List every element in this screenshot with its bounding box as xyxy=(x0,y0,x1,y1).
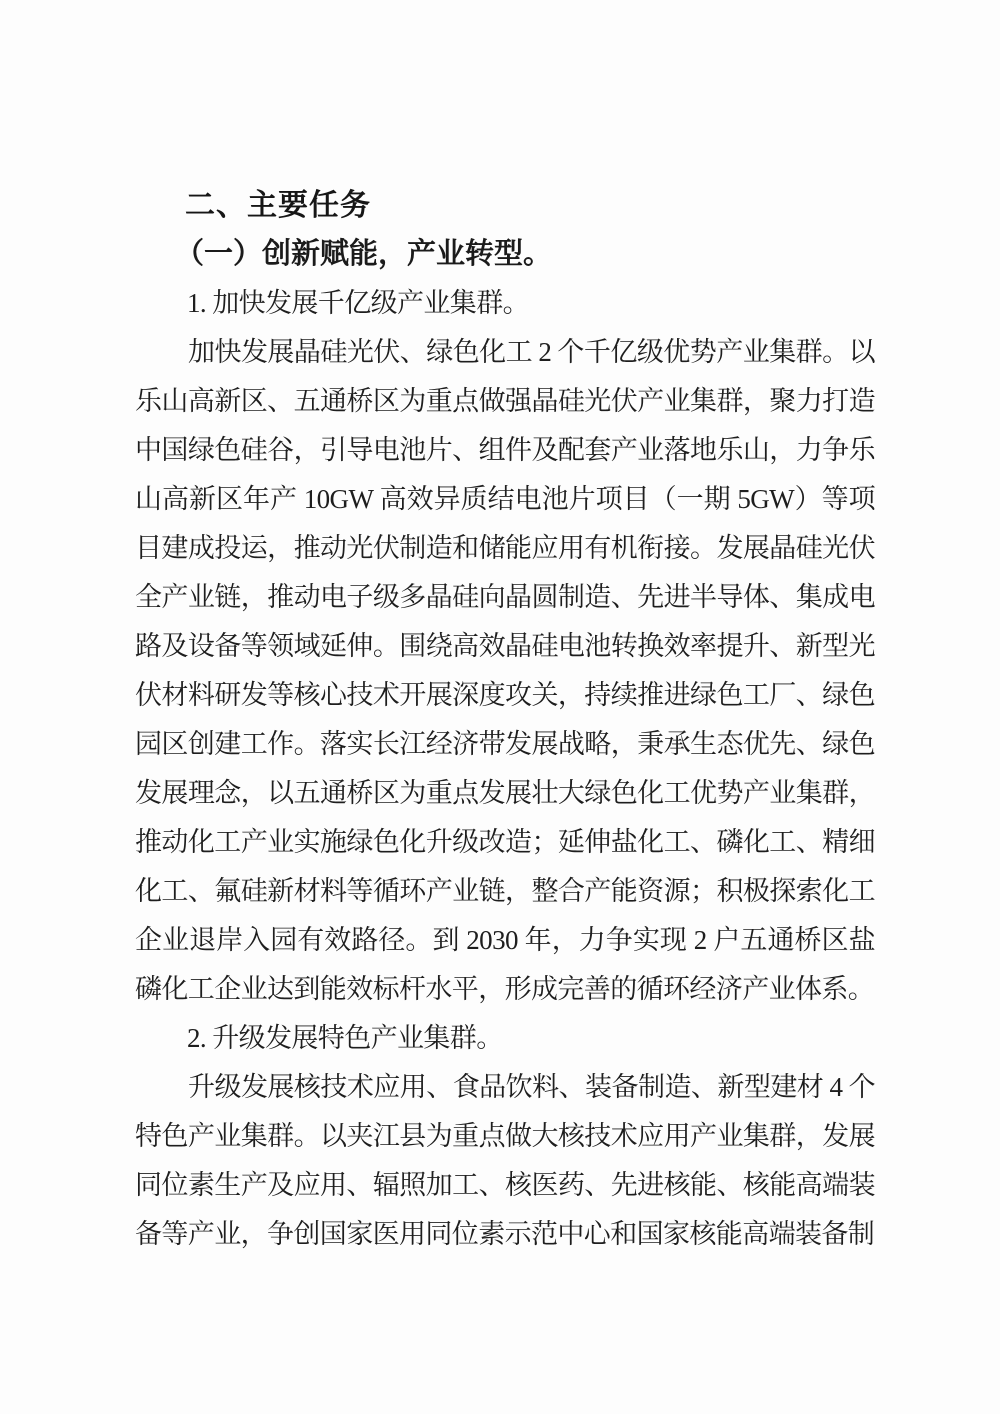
section-heading: 二、主要任务 xyxy=(135,181,875,230)
document-page: 二、主要任务 （一）创新赋能，产业转型。 1. 加快发展千亿级产业集群。 加快发… xyxy=(0,0,1000,1414)
numbered-heading-1: 1. 加快发展千亿级产业集群。 xyxy=(135,279,875,328)
numbered-heading-2: 2. 升级发展特色产业集群。 xyxy=(135,1014,875,1063)
subsection-heading: （一）创新赋能，产业转型。 xyxy=(135,230,875,279)
paragraph-1: 加快发展晶硅光伏、绿色化工 2 个千亿级优势产业集群。以乐山高新区、五通桥区为重… xyxy=(135,328,875,1014)
paragraph-2: 升级发展核技术应用、食品饮料、装备制造、新型建材 4 个特色产业集群。以夹江县为… xyxy=(135,1063,875,1259)
